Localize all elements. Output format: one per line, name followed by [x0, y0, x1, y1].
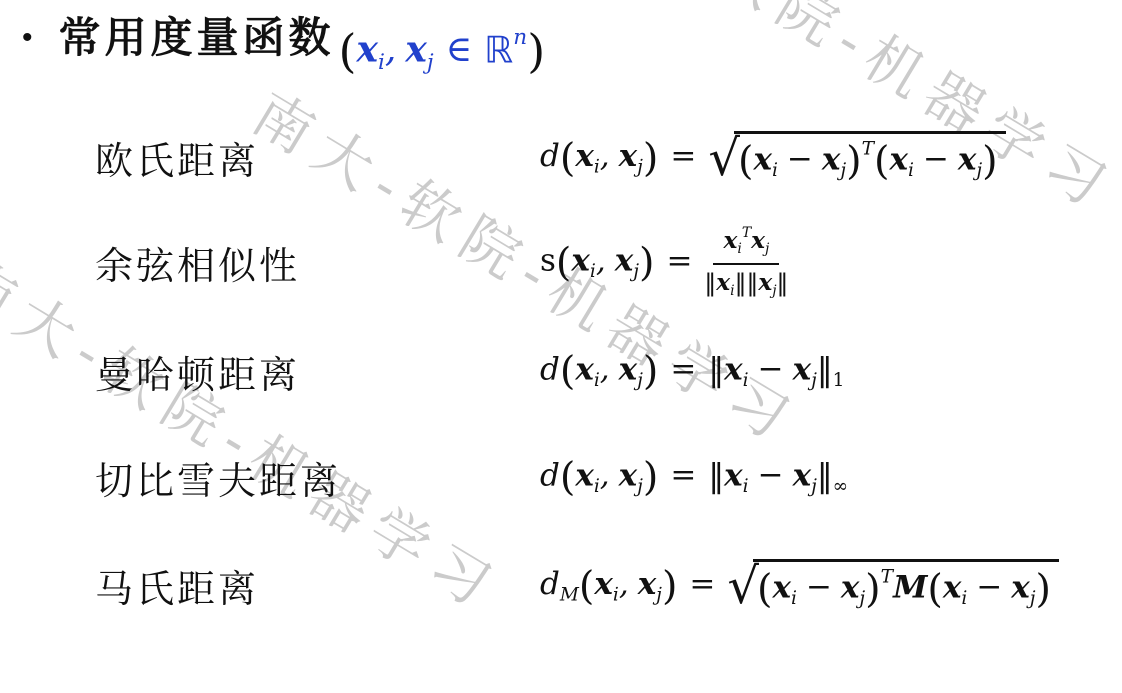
fraction: xiTxj‖xi‖‖xj‖: [704, 225, 788, 299]
metric-row-manhattan: 曼哈顿距离 d(xi,xj)=‖xi−xj‖1: [95, 311, 1112, 431]
cosine-formula: s(xi,xj)=xiTxj‖xi‖‖xj‖: [540, 225, 788, 299]
metric-label: 曼哈顿距离: [95, 344, 540, 399]
infinity-symbol: ∞: [833, 476, 849, 497]
slide: 南大-软院-机器学习 南大-软院-机器学习 南大-软院-机器学习 • 常用度量函…: [0, 0, 1122, 693]
metric-row-cosine: 余弦相似性 s(xi,xj)=xiTxj‖xi‖‖xj‖: [95, 202, 1112, 322]
radical-sign: √(xi−xj)TM(xi−xj): [727, 559, 1059, 612]
title-domain-math: (xi,xj∈ℝn): [339, 14, 546, 87]
radical-sign: √(xi−xj)T(xi−xj): [708, 131, 1005, 184]
slide-title: • 常用度量函数 (xi,xj∈ℝn): [22, 14, 545, 87]
metric-row-chebyshev: 切比雪夫距离 d(xi,xj)=‖xi−xj‖∞: [95, 417, 1112, 537]
metric-row-euclidean: 欧氏距离 d(xi,xj)=√(xi−xj)T(xi−xj): [95, 97, 1112, 217]
bullet-icon: •: [22, 14, 33, 62]
metric-label: 余弦相似性: [95, 235, 540, 290]
manhattan-formula: d(xi,xj)=‖xi−xj‖1: [540, 348, 845, 394]
euclidean-formula: d(xi,xj)=√(xi−xj)T(xi−xj): [540, 131, 1006, 184]
metric-label: 欧氏距离: [95, 130, 540, 185]
chebyshev-formula: d(xi,xj)=‖xi−xj‖∞: [540, 454, 848, 500]
element-of-symbol: ∈: [446, 29, 473, 70]
metric-row-mahalanobis: 马氏距离 dM(xi,xj)=√(xi−xj)TM(xi−xj): [95, 525, 1112, 645]
mahalanobis-formula: dM(xi,xj)=√(xi−xj)TM(xi−xj): [540, 559, 1059, 612]
reals-symbol: ℝ: [484, 29, 513, 72]
metric-label: 切比雪夫距离: [95, 450, 540, 505]
title-text: 常用度量函数: [59, 14, 335, 62]
metric-label: 马氏距离: [95, 558, 540, 613]
